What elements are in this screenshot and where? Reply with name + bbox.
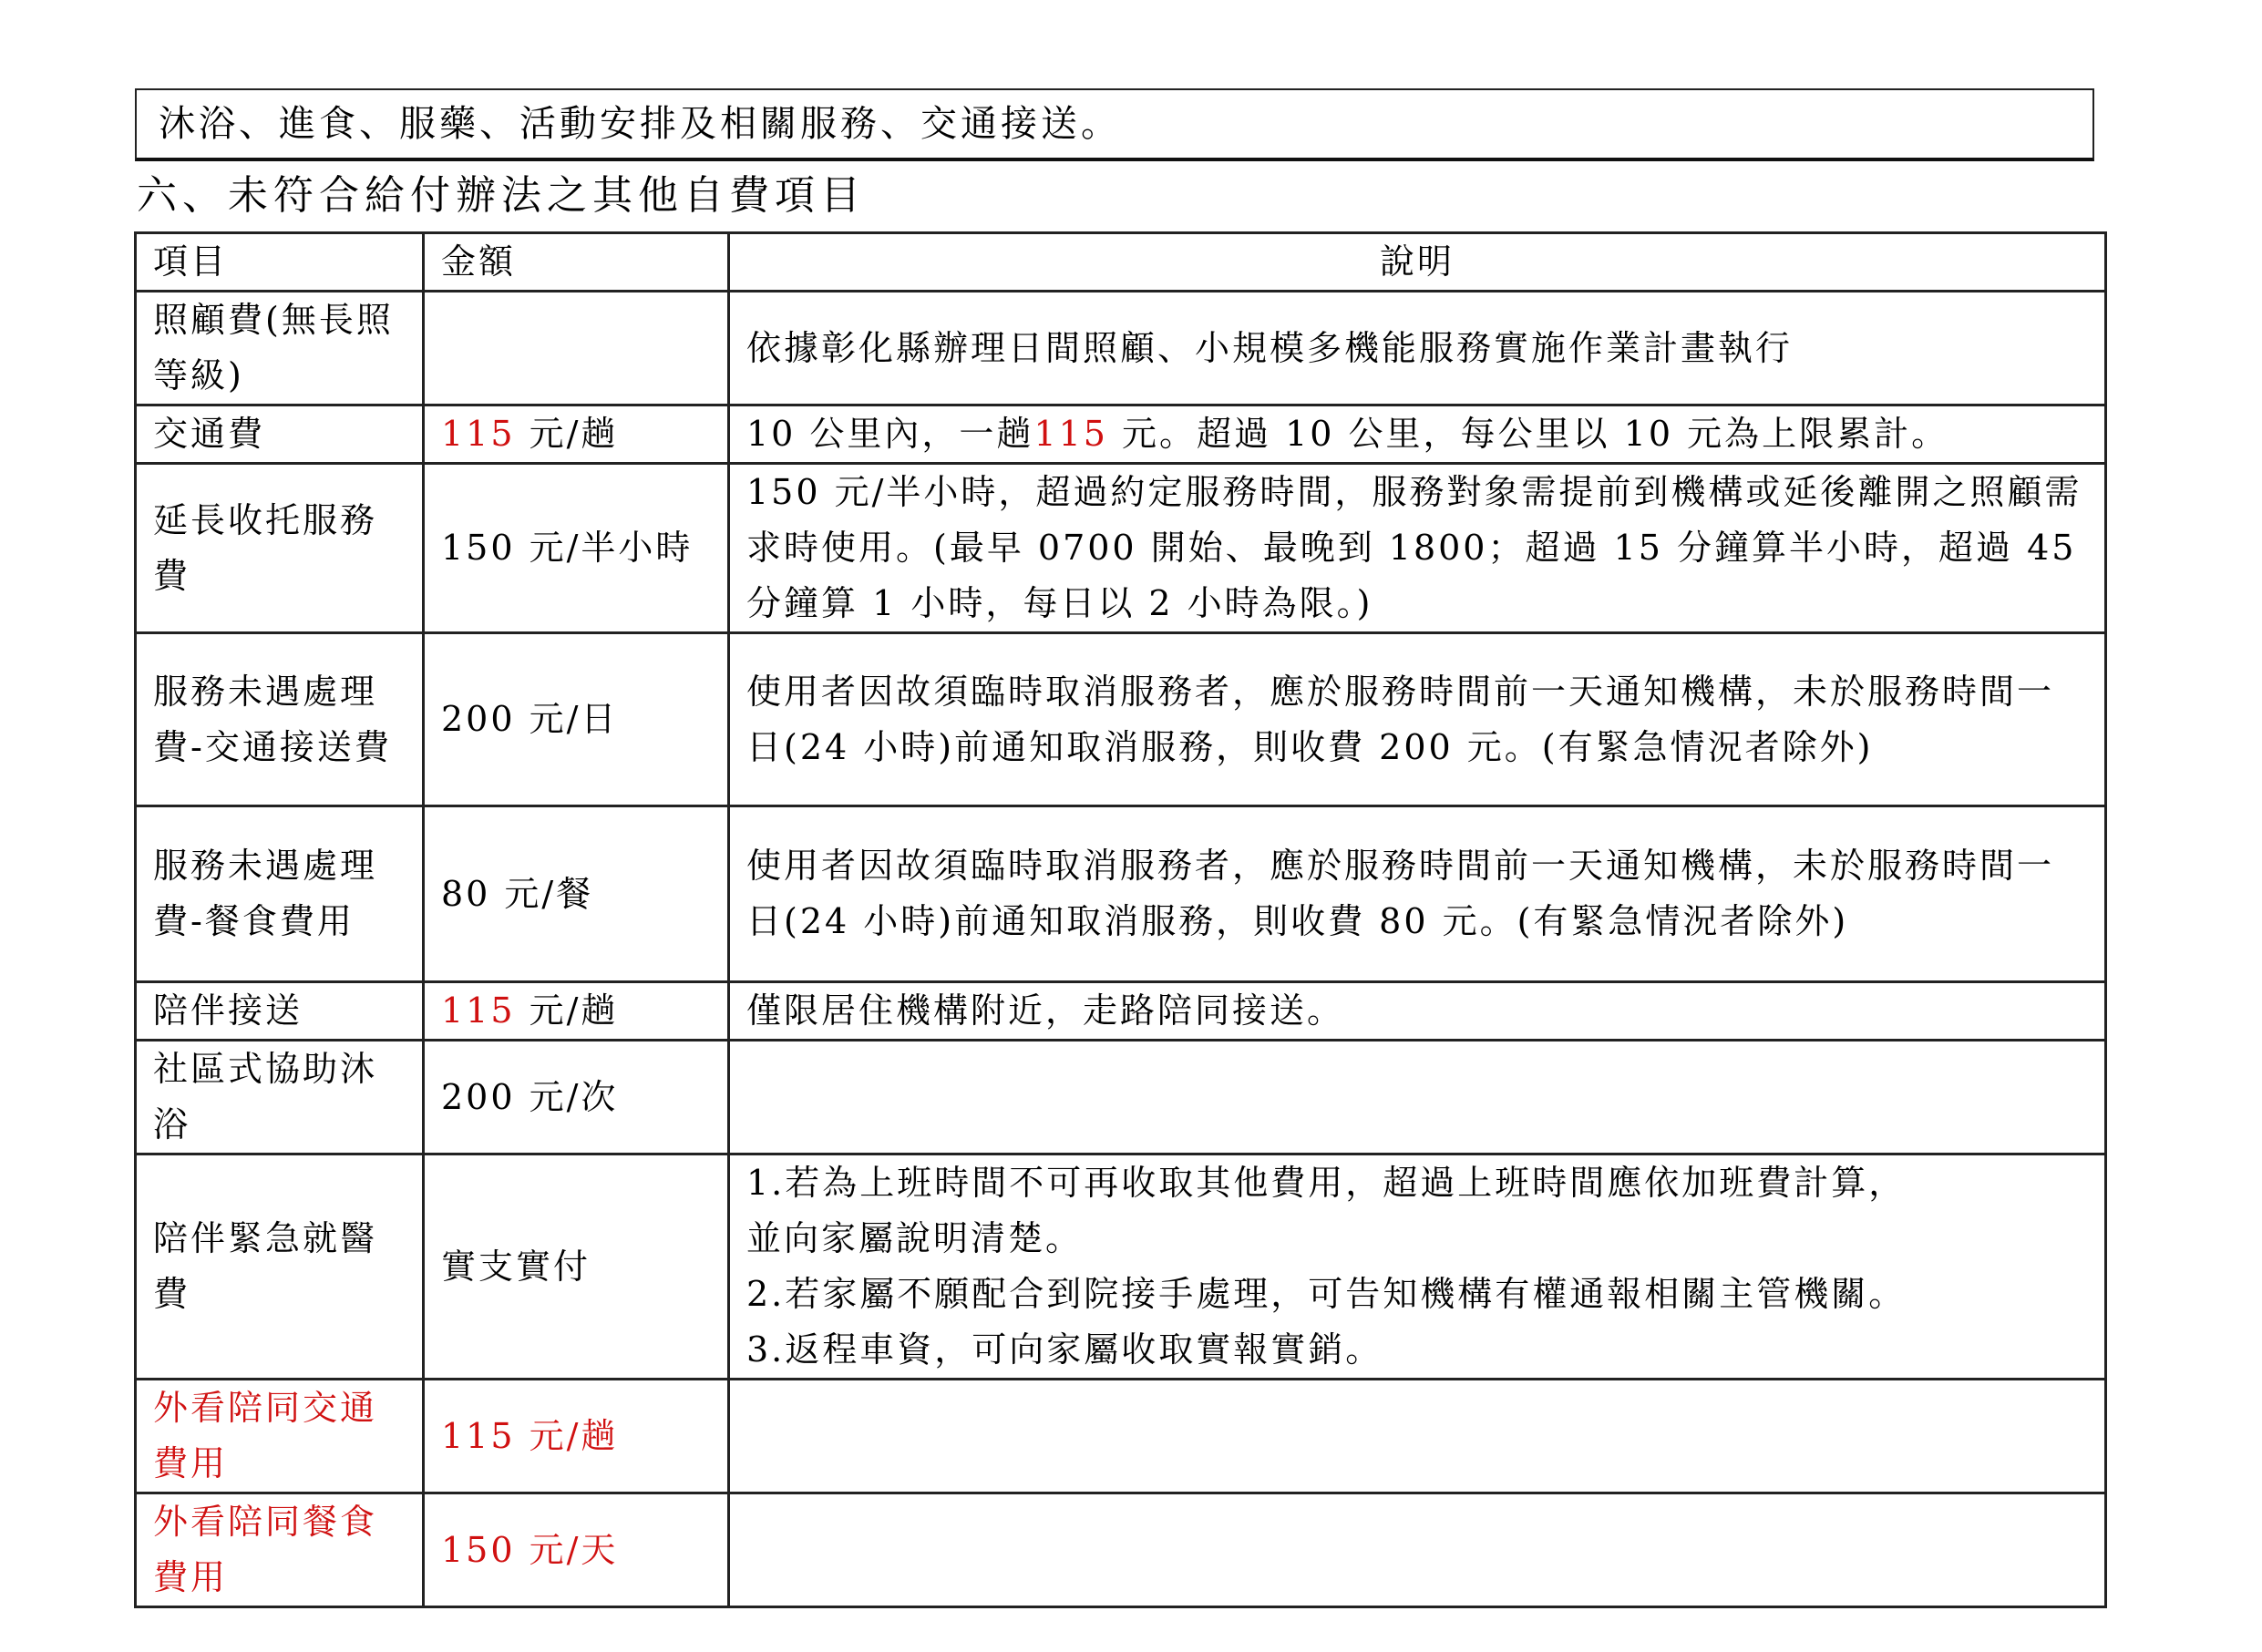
description-part: 10 公里內，一趟	[746, 414, 1033, 454]
description-cell: 使用者因故須臨時取消服務者，應於服務時間前一天通知機構，未於服務時間一日(24 …	[729, 633, 2106, 806]
description-cell: 僅限居住機構附近，走路陪同接送。	[729, 982, 2106, 1041]
description-cell: 依據彰化縣辦理日間照顧、小規模多機能服務實施作業計畫執行	[729, 292, 2106, 405]
section-heading: 六、未符合給付辦法之其他自費項目	[137, 166, 866, 226]
amount-cell: 實支實付	[424, 1154, 729, 1380]
amount-value-red: 115	[441, 414, 516, 454]
amount-unit: 元/趟	[516, 414, 619, 454]
table-row: 陪伴緊急就醫費 實支實付 1.若為上班時間不可再收取其他費用，超過上班時間應依加…	[136, 1154, 2106, 1380]
item-cell: 社區式協助沐浴	[136, 1041, 424, 1154]
table-row: 服務未遇處理費-餐食費用 80 元/餐 使用者因故須臨時取消服務者，應於服務時間…	[136, 806, 2106, 982]
table-row: 外看陪同餐食費用 150 元/天	[136, 1493, 2106, 1607]
amount-cell: 115 元/趟	[424, 405, 729, 464]
item-cell: 陪伴緊急就醫費	[136, 1154, 424, 1380]
previous-section-box: 沐浴、進食、服藥、活動安排及相關服務、交通接送。	[135, 88, 2094, 161]
previous-section-text: 沐浴、進食、服藥、活動安排及相關服務、交通接送。	[159, 103, 1121, 145]
amount-cell: 80 元/餐	[424, 806, 729, 982]
table-row: 交通費 115 元/趟 10 公里內，一趟115 元。超過 10 公里，每公里以…	[136, 405, 2106, 464]
amount-cell: 115 元/趟	[424, 1380, 729, 1493]
amount-unit: 元/趟	[516, 990, 619, 1031]
item-cell: 延長收托服務費	[136, 464, 424, 633]
amount-cell: 115 元/趟	[424, 982, 729, 1041]
description-line: 2.若家屬不願配合到院接手處理，可告知機構有權通報相關主管機關。	[746, 1267, 2088, 1322]
description-cell	[729, 1493, 2106, 1607]
item-cell: 陪伴接送	[136, 982, 424, 1041]
amount-cell	[424, 292, 729, 405]
item-cell: 交通費	[136, 405, 424, 464]
amount-cell: 150 元/半小時	[424, 464, 729, 633]
self-pay-fee-table: 項目 金額 說明 照顧費(無長照等級) 依據彰化縣辦理日間照顧、小規模多機能服務…	[134, 231, 2107, 1608]
description-red-value: 115	[1033, 414, 1108, 454]
item-cell: 服務未遇處理費-交通接送費	[136, 633, 424, 806]
header-item: 項目	[136, 233, 424, 292]
header-description: 說明	[729, 233, 2106, 292]
table-row: 外看陪同交通費用 115 元/趟	[136, 1380, 2106, 1493]
amount-cell: 200 元/日	[424, 633, 729, 806]
table-row: 照顧費(無長照等級) 依據彰化縣辦理日間照顧、小規模多機能服務實施作業計畫執行	[136, 292, 2106, 405]
item-cell: 外看陪同交通費用	[136, 1380, 424, 1493]
description-line: 3.返程車資，可向家屬收取實報實銷。	[746, 1322, 2088, 1378]
table-row: 服務未遇處理費-交通接送費 200 元/日 使用者因故須臨時取消服務者，應於服務…	[136, 633, 2106, 806]
description-line: 1.若為上班時間不可再收取其他費用，超過上班時間應依加班費計算，	[746, 1155, 2088, 1211]
table-row: 陪伴接送 115 元/趟 僅限居住機構附近，走路陪同接送。	[136, 982, 2106, 1041]
header-amount: 金額	[424, 233, 729, 292]
item-cell: 外看陪同餐食費用	[136, 1493, 424, 1607]
description-cell	[729, 1041, 2106, 1154]
description-part: 元。超過 10 公里，每公里以 10 元為上限累計。	[1108, 414, 1948, 454]
item-cell: 服務未遇處理費-餐食費用	[136, 806, 424, 982]
description-cell: 1.若為上班時間不可再收取其他費用，超過上班時間應依加班費計算， 並向家屬說明清…	[729, 1154, 2106, 1380]
item-cell: 照顧費(無長照等級)	[136, 292, 424, 405]
description-line: 並向家屬說明清楚。	[746, 1211, 2088, 1267]
amount-cell: 150 元/天	[424, 1493, 729, 1607]
table-header-row: 項目 金額 說明	[136, 233, 2106, 292]
amount-value-red: 115	[441, 990, 516, 1031]
description-cell	[729, 1380, 2106, 1493]
table-row: 延長收托服務費 150 元/半小時 150 元/半小時，超過約定服務時間，服務對…	[136, 464, 2106, 633]
description-cell: 使用者因故須臨時取消服務者，應於服務時間前一天通知機構，未於服務時間一日(24 …	[729, 806, 2106, 982]
amount-cell: 200 元/次	[424, 1041, 729, 1154]
table-row: 社區式協助沐浴 200 元/次	[136, 1041, 2106, 1154]
description-cell: 150 元/半小時，超過約定服務時間，服務對象需提前到機構或延後離開之照顧需求時…	[729, 464, 2106, 633]
description-cell: 10 公里內，一趟115 元。超過 10 公里，每公里以 10 元為上限累計。	[729, 405, 2106, 464]
